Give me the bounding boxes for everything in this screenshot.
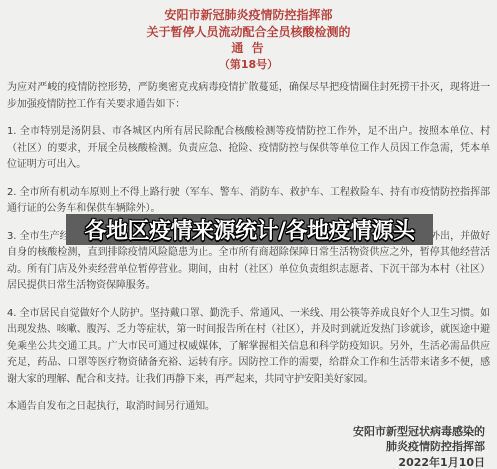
signature-date: 2022年1月10日 <box>0 455 485 469</box>
watermark-banner: 各地区疫情来源统计/各地疫情源头 <box>66 214 433 245</box>
signature-line-2: 肺炎疫情防控指挥部 <box>0 439 485 455</box>
notice-subject-title: 关于暂停人员流动配合全员核酸检测的 <box>0 24 497 41</box>
closing-paragraph: 本通告自发布之日起执行，取消时间另行通知。 <box>7 399 490 416</box>
notice-footer-signature: 安阳市新型冠状病毒感染的 肺炎疫情防控指挥部 2022年1月10日 <box>0 424 497 469</box>
signature-line-1: 安阳市新型冠状病毒感染的 <box>0 424 485 440</box>
watermark-banner-text: 各地区疫情来源统计/各地疫情源头 <box>84 214 414 245</box>
item-4-paragraph: 4. 全市居民自觉做好个人防护。坚持戴口罩、勤洗手、常通风、一米线、用公筷等养成… <box>7 306 490 389</box>
item-1-paragraph: 1. 全市特别是汤阴县、市各城区内所有居民除配合核酸检测等疫情防控工作外，足不出… <box>7 124 490 174</box>
notice-number: （第18号） <box>0 57 497 74</box>
notice-type-label: 通 告 <box>0 40 497 57</box>
notice-document-page: 安阳市新冠肺炎疫情防控指挥部 关于暂停人员流动配合全员核酸检测的 通 告 （第1… <box>0 0 497 469</box>
notice-body: 为应对严峻的疫情防控形势，严防奥密克戎病毒疫情扩散蔓延，确保尽早把疫情圈住封死捞… <box>0 80 497 416</box>
notice-header: 安阳市新冠肺炎疫情防控指挥部 关于暂停人员流动配合全员核酸检测的 通 告 （第1… <box>0 0 497 73</box>
item-2-paragraph: 2. 全市所有机动车原则上不得上路行驶（军车、警车、消防车、救护车、工程救险车、… <box>7 185 490 218</box>
notice-issuer-title: 安阳市新冠肺炎疫情防控指挥部 <box>0 7 497 24</box>
intro-paragraph: 为应对严峻的疫情防控形势，严防奥密克戎病毒疫情扩散蔓延，确保尽早把疫情圈住封死捞… <box>7 80 490 113</box>
